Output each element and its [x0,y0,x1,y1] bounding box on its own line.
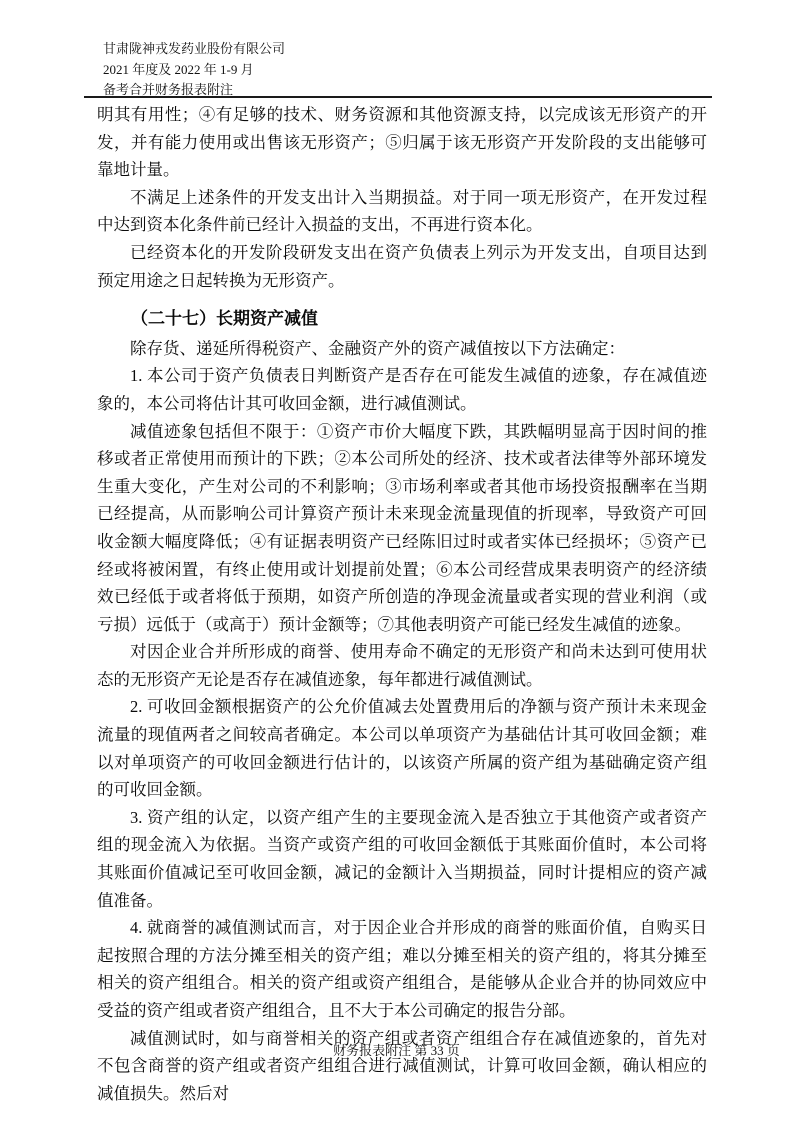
paragraph-7: 减值迹象包括但不限于：①资产市价大幅度下跌，其跌幅明显高于因时间的推移或者正常使… [97,418,707,639]
paragraph-5: 除存货、递延所得税资产、金融资产外的资产减值按以下方法确定： [97,335,707,363]
header-divider [84,96,712,98]
company-name: 甘肃陇神戎发药业股份有限公司 [103,39,285,60]
document-header: 甘肃陇神戎发药业股份有限公司 2021 年度及 2022 年 1-9 月 备考合… [103,39,285,101]
paragraph-1: 明其有用性；④有足够的技术、财务资源和其他资源支持，以完成该无形资产的开发，并有… [97,101,707,184]
paragraph-10: 3. 资产组的认定，以资产组产生的主要现金流入是否独立于其他资产或者资产组的现金… [97,804,707,914]
paragraph-12: 减值测试时，如与商誉相关的资产组或者资产组组合存在减值迹象的，首先对不包含商誉的… [97,1025,707,1108]
document-page: 甘肃陇神戎发药业股份有限公司 2021 年度及 2022 年 1-9 月 备考合… [0,0,793,1122]
report-period: 2021 年度及 2022 年 1-9 月 [103,60,285,81]
paragraph-6: 1. 本公司于资产负债表日判断资产是否存在可能发生减值的迹象，存在减值迹象的，本… [97,362,707,417]
paragraph-3: 已经资本化的开发阶段研发支出在资产负债表上列示为开发支出，自项目达到预定用途之日… [97,239,707,294]
section-heading: （二十七）长期资产减值 [97,305,707,333]
paragraph-9: 2. 可收回金额根据资产的公允价值减去处置费用后的净额与资产预计未来现金流量的现… [97,693,707,803]
paragraph-11: 4. 就商誉的减值测试而言，对于因企业合并形成的商誉的账面价值，自购买日起按照合… [97,914,707,1024]
page-footer: 财务报表附注 第 33 页 [0,1040,793,1059]
footer-page-label: 财务报表附注 第 33 页 [333,1043,460,1058]
document-body: 明其有用性；④有足够的技术、财务资源和其他资源支持，以完成该无形资产的开发，并有… [97,101,707,1107]
paragraph-8: 对因企业合并所形成的商誉、使用寿命不确定的无形资产和尚未达到可使用状态的无形资产… [97,638,707,693]
paragraph-2: 不满足上述条件的开发支出计入当期损益。对于同一项无形资产，在开发过程中达到资本化… [97,184,707,239]
